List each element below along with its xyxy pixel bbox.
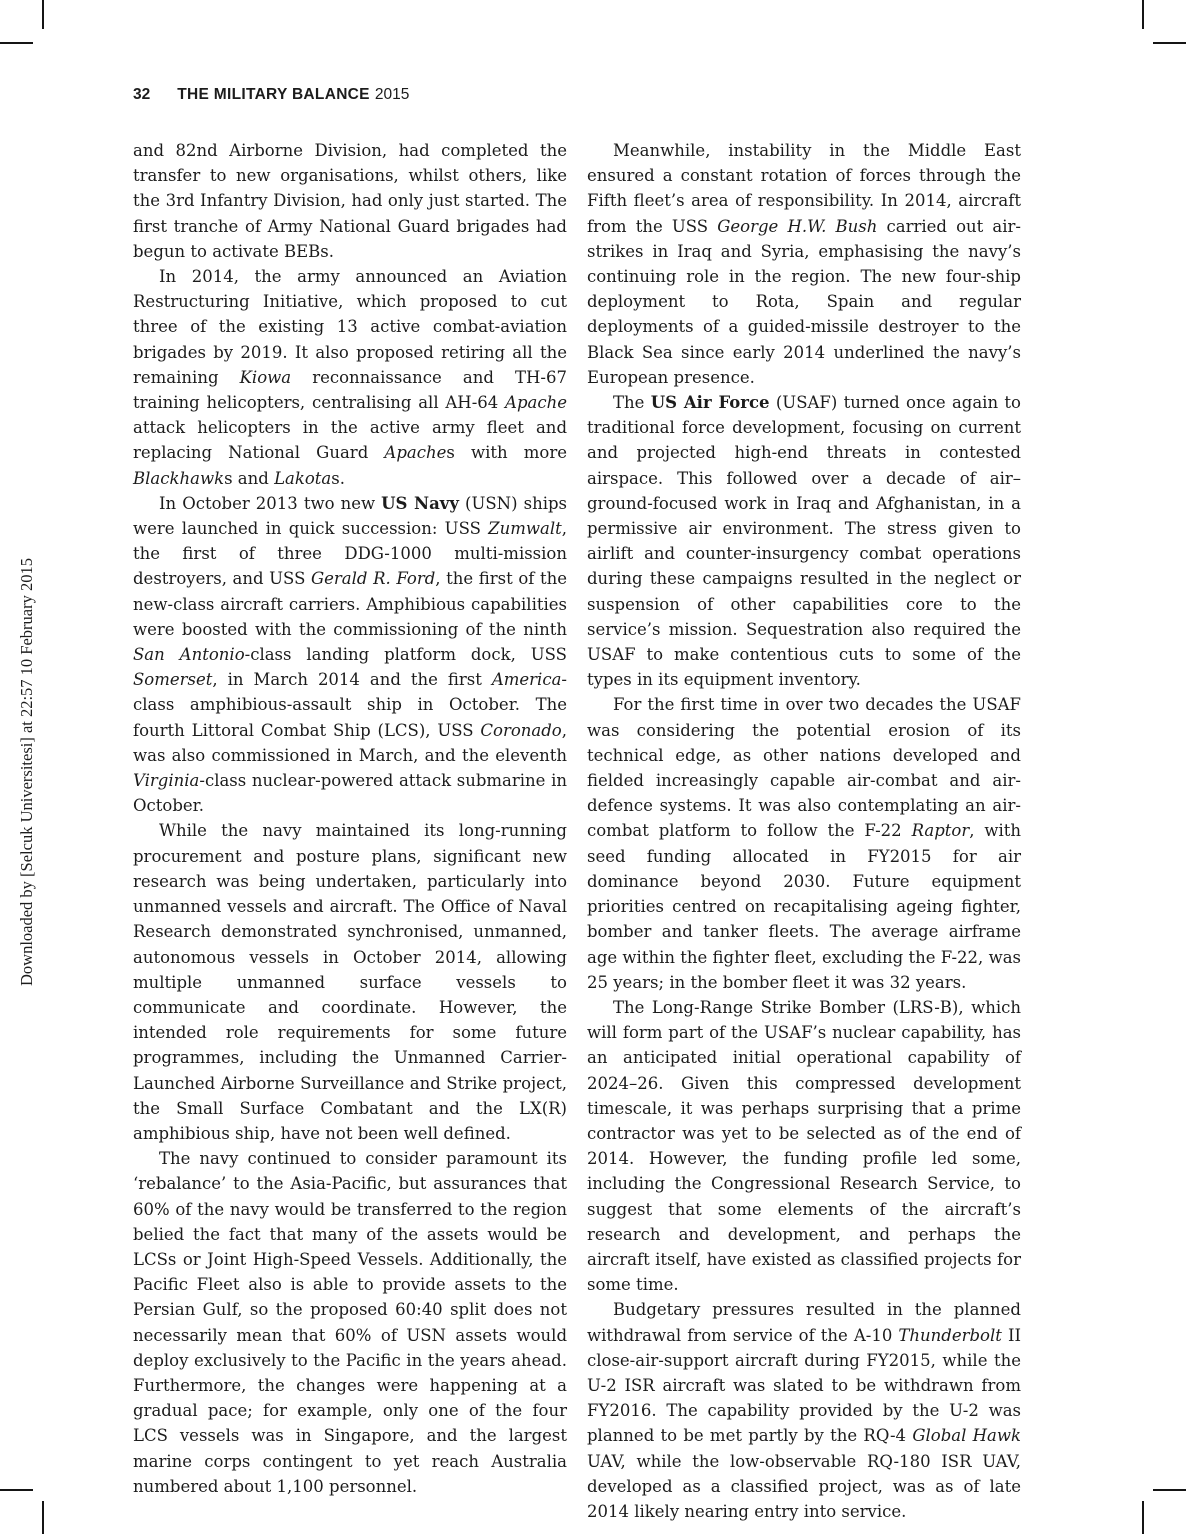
paragraph: While the navy maintained its long-runni…: [133, 818, 567, 1146]
paragraph: The US Air Force (USAF) turned once agai…: [587, 390, 1021, 692]
paragraph: In 2014, the army announced an Aviation …: [133, 264, 567, 491]
right-text-column: Meanwhile, instability in the Middle Eas…: [587, 138, 1021, 1524]
scanned-book-page: Downloaded by [Selcuk Universitesi] at 2…: [0, 0, 1186, 1534]
crop-mark-bottom-right-horizontal: [1153, 1489, 1186, 1491]
left-text-column: and 82nd Airborne Division, had complete…: [133, 138, 567, 1499]
paragraph: In October 2013 two new US Navy (USN) sh…: [133, 491, 567, 819]
paragraph: The navy continued to consider paramount…: [133, 1146, 567, 1499]
paragraph: For the first time in over two decades t…: [587, 692, 1021, 994]
paragraph: and 82nd Airborne Division, had complete…: [133, 138, 567, 264]
book-title: THE MILITARY BALANCE: [177, 86, 370, 103]
page-number: 32: [133, 86, 150, 103]
download-watermark: Downloaded by [Selcuk Universitesi] at 2…: [17, 558, 37, 986]
paragraph: The Long-Range Strike Bomber (LRS-B), wh…: [587, 995, 1021, 1297]
crop-mark-top-left-vertical: [42, 0, 44, 29]
crop-mark-top-right-horizontal: [1153, 42, 1186, 44]
crop-mark-bottom-left-horizontal: [0, 1489, 33, 1491]
running-header: 32THE MILITARY BALANCE2015: [133, 86, 409, 104]
crop-mark-top-right-vertical: [1142, 0, 1144, 29]
crop-mark-bottom-left-vertical: [42, 1501, 44, 1534]
edition-year: 2015: [375, 86, 409, 103]
paragraph: Budgetary pressures resulted in the plan…: [587, 1297, 1021, 1524]
crop-mark-bottom-right-vertical: [1142, 1501, 1144, 1534]
paragraph: Meanwhile, instability in the Middle Eas…: [587, 138, 1021, 390]
crop-mark-top-left-horizontal: [0, 42, 33, 44]
